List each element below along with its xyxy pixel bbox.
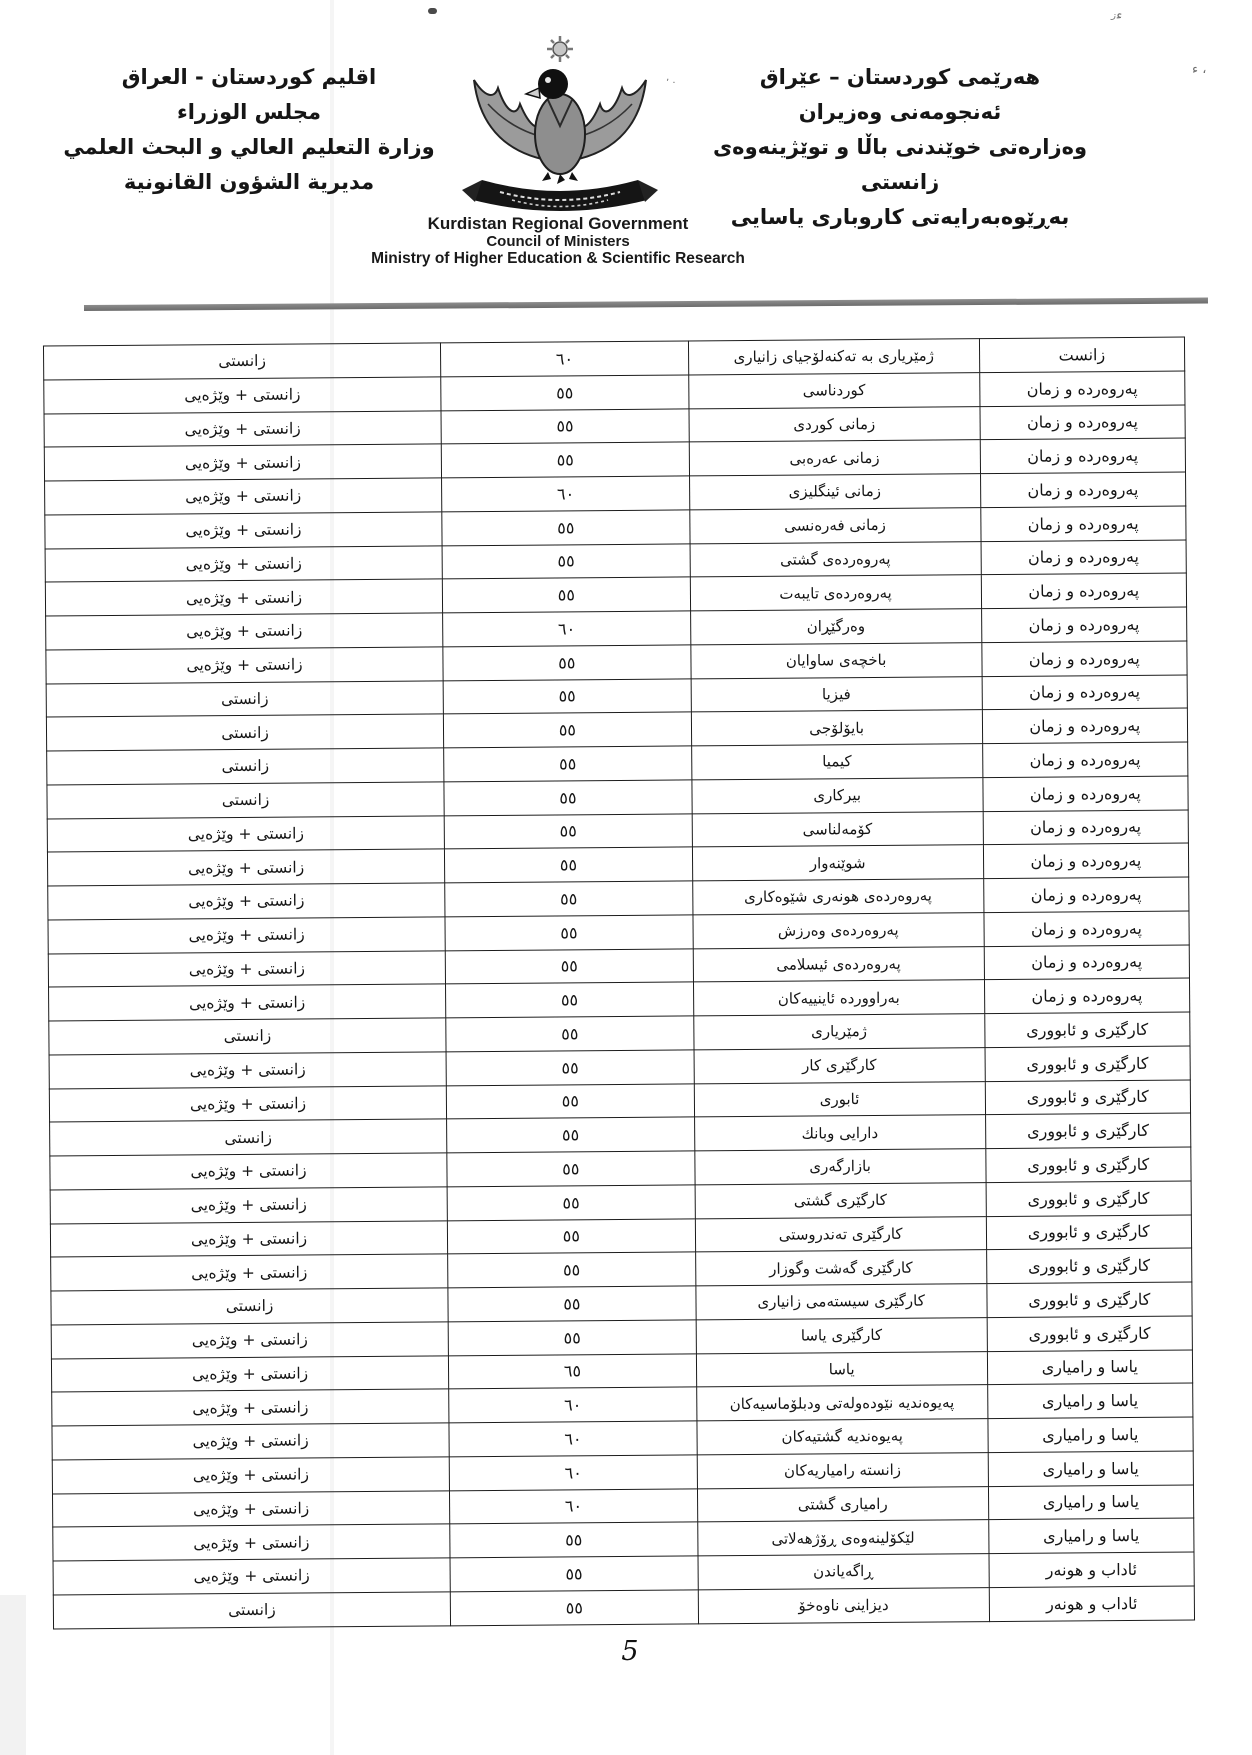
cell-department: کۆمەلناسی <box>692 811 983 847</box>
cell-field: پەروەردە و زمان <box>983 776 1189 811</box>
scanned-document-page: { "letterhead": { "arabic_lines": [ "اقل… <box>0 0 1252 1755</box>
letterhead-arabic-line: وزارة التعليم العالي و البحث العلمي <box>58 130 440 165</box>
cell-department: کارگێری گشتی <box>695 1182 986 1218</box>
cell-department: یاسا <box>696 1351 987 1387</box>
cell-department: لێکۆلینەوەی ڕۆژهەلاتی <box>697 1520 988 1556</box>
cell-department: ژمێریاری بە تەکنەلۆجیای زانیاری <box>688 339 979 375</box>
krg-eagle-emblem-logo <box>448 34 672 218</box>
cell-field: پەروەردە و زمان <box>984 911 1190 946</box>
cell-track: زانستی <box>53 1592 450 1629</box>
cell-department: زمانی کوردی <box>689 406 980 442</box>
cell-department: پەروەردەی تایبەت <box>690 575 981 611</box>
cell-field: کارگێری و ئابووری <box>985 1147 1191 1182</box>
cell-department: زمانی فەرەنسی <box>689 507 980 543</box>
cell-department: کیمیا <box>691 744 982 780</box>
page-number: 5 <box>0 1636 1252 1667</box>
cell-field: پەروەردە و زمان <box>981 607 1187 642</box>
cell-track: زانستی + وێژەیی <box>53 1524 450 1561</box>
cell-department: فیزیا <box>691 676 982 712</box>
cell-grade: ٦٠ <box>449 1455 697 1491</box>
cell-department: پەروەردەی هونەری شێوەکاری <box>692 879 983 915</box>
cell-department: بازارگەری <box>694 1149 985 1185</box>
eagle-eye <box>545 77 551 83</box>
cell-field: پەروەردە و زمان <box>981 573 1187 608</box>
cell-field: کارگێری و ئابووری <box>985 1080 1191 1115</box>
cell-field: پەروەردە و زمان <box>980 506 1186 541</box>
letterhead-kurdish-line: هەرێمی کوردستان – عێراق <box>688 60 1112 95</box>
letterhead-kurdish: هەرێمی کوردستان – عێراق ئەنجومەنی وەزیرا… <box>688 60 1112 235</box>
letterhead-english: Kurdistan Regional Government Council of… <box>358 215 758 267</box>
cell-department: کوردناسی <box>688 372 979 408</box>
cell-track: زانستی <box>47 782 444 819</box>
cell-department: دارایی وبانك <box>694 1115 985 1151</box>
cell-grade: ٦٠ <box>441 341 689 377</box>
cell-track: زانستی + وێژەیی <box>50 1220 447 1257</box>
cell-track: زانستی + وێژەیی <box>52 1423 449 1460</box>
cell-field: کارگێری و ئابووری <box>985 1046 1191 1081</box>
cell-grade: ٥٥ <box>447 1218 695 1254</box>
cell-track: زانستی + وێژەیی <box>44 410 441 447</box>
cell-grade: ٥٥ <box>448 1320 696 1356</box>
cell-department: باخچەی ساوایان <box>691 642 982 678</box>
cell-field: پەروەردە و زمان <box>984 978 1190 1013</box>
cell-track: زانستی <box>51 1288 448 1325</box>
cell-field: کارگێری و ئابووری <box>986 1215 1192 1250</box>
cell-department: پەروەردەی وەرزش <box>693 912 984 948</box>
sun-icon <box>547 36 573 62</box>
cell-department: پەیوەندیە نێودەولەتی ودبلۆماسیەکان <box>696 1385 987 1421</box>
cell-grade: ٥٥ <box>443 645 691 681</box>
cell-track: زانستی + وێژەیی <box>48 950 445 987</box>
cell-track: زانستی <box>46 714 443 751</box>
cell-grade: ٥٥ <box>446 1083 694 1119</box>
cell-track: زانستی + وێژەیی <box>52 1457 449 1494</box>
scan-speck: ء ، <box>1192 62 1206 77</box>
cell-field: یاسا و رامیاری <box>988 1518 1194 1553</box>
cell-department: کارگێری یاسا <box>696 1317 987 1353</box>
cell-department: پەیوەندیە گشتیەکان <box>697 1419 988 1455</box>
letterhead-english-line: Council of Ministers <box>358 233 758 250</box>
eagle-head <box>538 69 568 99</box>
cell-grade: ٦٠ <box>449 1387 697 1423</box>
cell-grade: ٥٥ <box>445 948 693 984</box>
cell-grade: ٥٥ <box>441 408 689 444</box>
cell-track: زانستی <box>47 748 444 785</box>
cell-field: یاسا و رامیاری <box>988 1485 1194 1520</box>
cell-grade: ٥٥ <box>450 1522 698 1558</box>
cell-grade: ٥٥ <box>444 813 692 849</box>
letterhead-kurdish-line: ئەنجومەنی وەزیران <box>688 95 1112 130</box>
cell-department: زمانی عەرەبی <box>689 440 980 476</box>
cell-field: کارگێری و ئابووری <box>986 1282 1192 1317</box>
cell-department: شوێنەوار <box>692 845 983 881</box>
cell-track: زانستی <box>43 343 440 380</box>
cell-field: ئاداب و هونەر <box>989 1552 1195 1587</box>
cell-field: یاسا و رامیاری <box>987 1350 1193 1385</box>
cell-track: زانستی + وێژەیی <box>51 1355 448 1392</box>
cell-field: کارگێری و ئابووری <box>987 1316 1193 1351</box>
admission-results-table: زانستژمێریاری بە تەکنەلۆجیای زانیاری٦٠زا… <box>43 337 1195 1630</box>
cell-grade: ٥٥ <box>445 915 693 951</box>
letterhead-arabic-line: مديرية الشؤون القانونية <box>58 165 440 200</box>
scan-speck <box>428 8 437 14</box>
admission-table-wrapper: زانستژمێریاری بە تەکنەلۆجیای زانیاری٦٠زا… <box>43 337 1195 1630</box>
cell-grade: ٥٥ <box>442 543 690 579</box>
cell-department: کارگێری سیستەمی زانیاری <box>696 1284 987 1320</box>
letterhead-english-line: Kurdistan Regional Government <box>358 215 758 233</box>
header-divider-line <box>84 298 1208 311</box>
cell-grade: ٦٠ <box>442 476 690 512</box>
cell-grade: ٥٥ <box>444 746 692 782</box>
cell-track: زانستی <box>49 1018 446 1055</box>
cell-track: زانستی + وێژەیی <box>52 1490 449 1527</box>
cell-department: ئابوری <box>694 1081 985 1117</box>
cell-field: یاسا و رامیاری <box>988 1451 1194 1486</box>
cell-field: پەروەردە و زمان <box>981 540 1187 575</box>
cell-grade: ٥٥ <box>441 375 689 411</box>
cell-track: زانستی + وێژەیی <box>47 849 444 886</box>
cell-department: بەراووردە ئاینییەکان <box>693 980 984 1016</box>
cell-grade: ٦٥ <box>448 1353 696 1389</box>
cell-field: کارگێری و ئابووری <box>984 1012 1190 1047</box>
cell-department: وەرگێڕان <box>690 609 981 645</box>
cell-grade: ٥٥ <box>448 1252 696 1288</box>
cell-field: پەروەردە و زمان <box>980 438 1186 473</box>
cell-department: بیرکاری <box>692 777 983 813</box>
cell-grade: ٥٥ <box>445 847 693 883</box>
cell-track: زانستی + وێژەیی <box>45 512 442 549</box>
cell-field: زانست <box>979 337 1185 372</box>
cell-grade: ٥٥ <box>444 780 692 816</box>
cell-field: پەروەردە و زمان <box>980 405 1186 440</box>
scan-edge-shadow <box>0 1595 26 1755</box>
cell-field: پەروەردە و زمان <box>982 742 1188 777</box>
cell-field: پەروەردە و زمان <box>983 810 1189 845</box>
cell-track: زانستی + وێژەیی <box>44 377 441 414</box>
letterhead-arabic: اقليم كوردستان - العراق مجلس الوزراء وزا… <box>58 60 440 200</box>
cell-grade: ٥٥ <box>445 881 693 917</box>
cell-track: زانستی <box>50 1119 447 1156</box>
eagle-body <box>535 94 585 174</box>
cell-department: بایۆلۆجی <box>691 710 982 746</box>
scan-speck: ءڗ <box>1110 7 1124 24</box>
cell-track: زانستی + وێژەیی <box>46 613 443 650</box>
cell-department: زمانی ئینگلیزی <box>689 474 980 510</box>
cell-track: زانستی + وێژەیی <box>52 1389 449 1426</box>
cell-grade: ٥٥ <box>441 442 689 478</box>
cell-track: زانستی + وێژەیی <box>49 984 446 1021</box>
cell-field: یاسا و رامیاری <box>987 1383 1193 1418</box>
cell-grade: ٥٥ <box>450 1590 698 1626</box>
cell-track: زانستی + وێژەیی <box>49 1052 446 1089</box>
cell-department: ژمێریاری <box>693 1014 984 1050</box>
cell-field: کارگێری و ئابووری <box>986 1248 1192 1283</box>
eagle-beak <box>526 88 540 98</box>
eagle-emblem-graphic <box>448 34 672 218</box>
cell-track: زانستی + وێژەیی <box>50 1187 447 1224</box>
cell-field: یاسا و رامیاری <box>988 1417 1194 1452</box>
cell-grade: ٥٥ <box>442 577 690 613</box>
cell-grade: ٥٥ <box>446 1016 694 1052</box>
letterhead-kurdish-line: وەزارەتی خوێندنی باڵا و توێژینەوەی زانست… <box>688 130 1112 200</box>
cell-field: ئاداب و هونەر <box>989 1586 1195 1622</box>
cell-grade: ٦٠ <box>449 1421 697 1457</box>
cell-department: زانستە رامیاریەکان <box>697 1452 988 1488</box>
cell-track: زانستی + وێژەیی <box>48 883 445 920</box>
letterhead-arabic-line: اقليم كوردستان - العراق <box>58 60 440 95</box>
letterhead-arabic-line: مجلس الوزراء <box>58 95 440 130</box>
cell-track: زانستی + وێژەیی <box>44 444 441 481</box>
cell-grade: ٥٥ <box>447 1185 695 1221</box>
cell-grade: ٥٥ <box>446 1050 694 1086</box>
cell-grade: ٦٠ <box>450 1488 698 1524</box>
cell-grade: ٥٥ <box>443 678 691 714</box>
cell-track: زانستی + وێژەیی <box>51 1254 448 1291</box>
cell-track: زانستی + وێژەیی <box>47 815 444 852</box>
cell-track: زانستی + وێژەیی <box>46 647 443 684</box>
cell-department: دیزاینی ناوەخۆ <box>698 1587 989 1624</box>
cell-department: پەروەردەی ئیسلامی <box>693 946 984 982</box>
cell-field: پەروەردە و زمان <box>983 877 1189 912</box>
cell-field: پەروەردە و زمان <box>984 945 1190 980</box>
cell-department: پەروەردەی گشتی <box>690 541 981 577</box>
cell-field: پەروەردە و زمان <box>979 371 1185 406</box>
cell-department: کارگێری تەندروستی <box>695 1216 986 1252</box>
cell-track: زانستی + وێژەیی <box>45 478 442 515</box>
cell-track: زانستی + وێژەیی <box>45 579 442 616</box>
cell-field: پەروەردە و زمان <box>982 675 1188 710</box>
cell-department: ڕاگەیاندن <box>698 1554 989 1590</box>
cell-grade: ٥٥ <box>446 982 694 1018</box>
results-table-body: زانستژمێریاری بە تەکنەلۆجیای زانیاری٦٠زا… <box>43 337 1194 1629</box>
cell-grade: ٥٥ <box>443 712 691 748</box>
cell-track: زانستی + وێژەیی <box>50 1153 447 1190</box>
cell-track: زانستی + وێژەیی <box>48 917 445 954</box>
cell-department: کارگێری کار <box>694 1047 985 1083</box>
cell-field: پەروەردە و زمان <box>981 641 1187 676</box>
cell-track: زانستی + وێژەیی <box>51 1322 448 1359</box>
cell-field: کارگێری و ئابووری <box>985 1113 1191 1148</box>
cell-grade: ٥٥ <box>450 1556 698 1592</box>
cell-department: رامیاری گشتی <box>697 1486 988 1522</box>
cell-track: زانستی + وێژەیی <box>49 1085 446 1122</box>
cell-grade: ٦٠ <box>443 611 691 647</box>
cell-department: کارگێری گەشت وگوزار <box>695 1250 986 1286</box>
cell-track: زانستی + وێژەیی <box>45 545 442 582</box>
cell-grade: ٥٥ <box>442 510 690 546</box>
cell-grade: ٥٥ <box>447 1151 695 1187</box>
cell-field: کارگێری و ئابووری <box>986 1181 1192 1216</box>
cell-field: پەروەردە و زمان <box>982 708 1188 743</box>
cell-field: پەروەردە و زمان <box>983 843 1189 878</box>
cell-grade: ٥٥ <box>447 1117 695 1153</box>
cell-field: پەروەردە و زمان <box>980 472 1186 507</box>
cell-track: زانستی <box>46 680 443 717</box>
letterhead-english-line: Ministry of Higher Education & Scientifi… <box>358 250 758 267</box>
cell-grade: ٥٥ <box>448 1286 696 1322</box>
cell-track: زانستی + وێژەیی <box>53 1558 450 1595</box>
